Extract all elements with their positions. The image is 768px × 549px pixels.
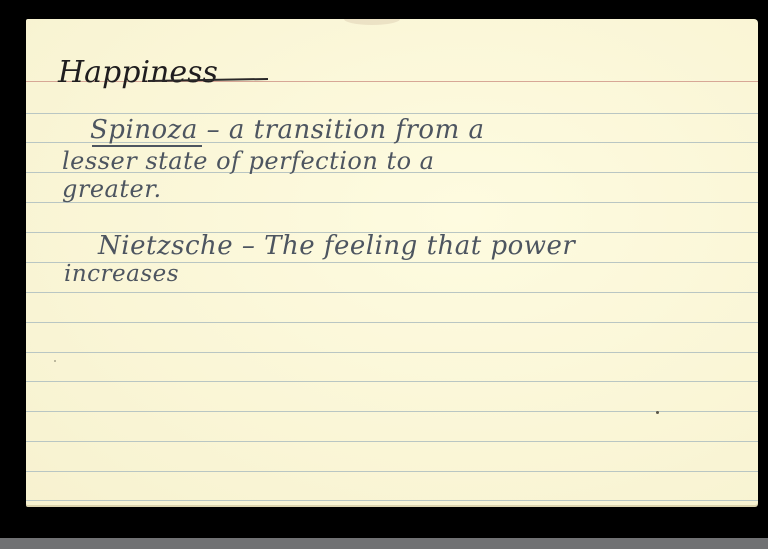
ruled-line <box>26 411 758 412</box>
ruled-line <box>26 471 758 472</box>
ruled-line <box>26 113 758 114</box>
spinoza-line-3: greater. <box>62 175 162 203</box>
image-viewer: Happiness Spinoza – a transition from a … <box>0 0 768 538</box>
ruled-line <box>26 352 758 353</box>
paper-speck <box>54 360 56 362</box>
card-title: Happiness <box>58 55 218 90</box>
ruled-line <box>26 322 758 323</box>
index-card: Happiness Spinoza – a transition from a … <box>26 19 758 507</box>
ruled-line <box>26 441 758 442</box>
spinoza-line-1: Spinoza – a transition from a <box>90 115 485 145</box>
nietzsche-line-2: increases <box>64 261 179 287</box>
ruled-line <box>26 500 758 501</box>
viewer-bottom-bar <box>0 538 768 549</box>
paper-speck <box>656 411 659 414</box>
card-wear-mark <box>344 19 400 25</box>
nietzsche-line-1: Nietzsche – The feeling that power <box>98 231 575 261</box>
ruled-line <box>26 292 758 293</box>
ruled-line <box>26 381 758 382</box>
spinoza-line-2: lesser state of perfection to a <box>62 147 434 175</box>
